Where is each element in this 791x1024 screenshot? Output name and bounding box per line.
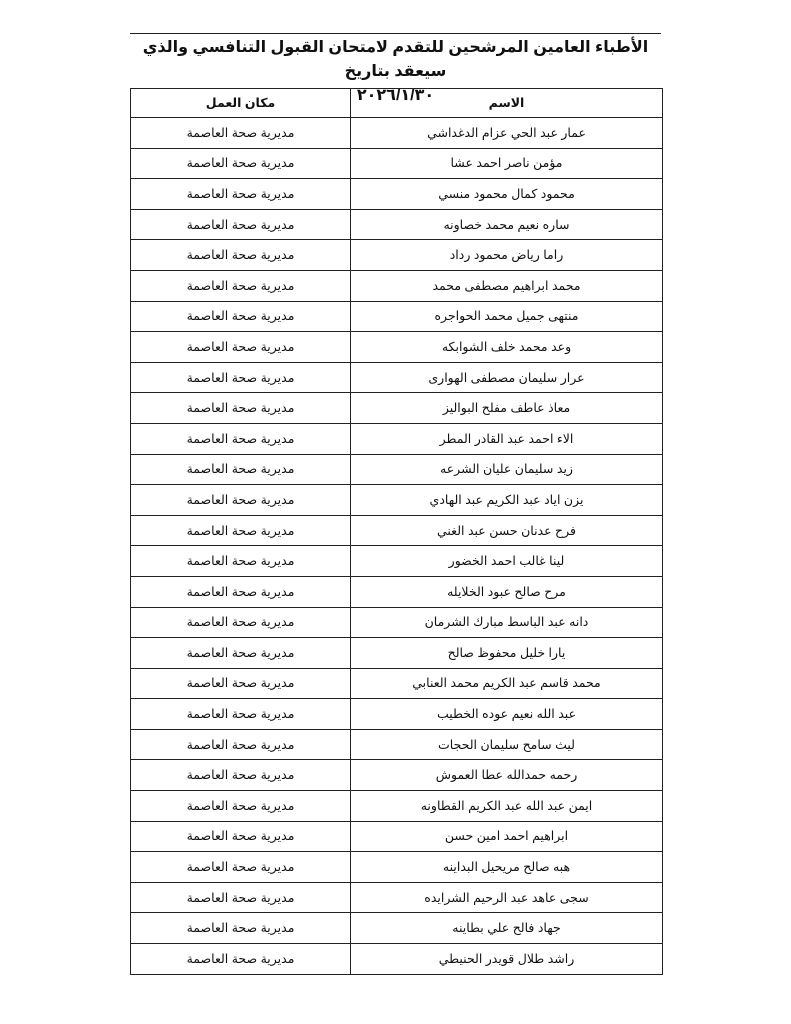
candidate-workplace: مديرية صحة العاصمة: [131, 668, 351, 699]
candidate-workplace: مديرية صحة العاصمة: [131, 576, 351, 607]
table-body: عمار عبد الحي عزام الدغداشيمديرية صحة ال…: [131, 118, 663, 975]
table-row: فرح عدنان حسن عبد الغنيمديرية صحة العاصم…: [131, 515, 663, 546]
candidate-workplace: مديرية صحة العاصمة: [131, 699, 351, 730]
candidate-workplace: مديرية صحة العاصمة: [131, 362, 351, 393]
candidate-name: عرار سليمان مصطفى الهوارى: [351, 362, 663, 393]
candidate-workplace: مديرية صحة العاصمة: [131, 332, 351, 363]
candidate-workplace: مديرية صحة العاصمة: [131, 148, 351, 179]
candidate-name: راما رياض محمود رداد: [351, 240, 663, 271]
candidate-workplace: مديرية صحة العاصمة: [131, 882, 351, 913]
candidate-workplace: مديرية صحة العاصمة: [131, 638, 351, 669]
candidate-workplace: مديرية صحة العاصمة: [131, 944, 351, 975]
candidate-workplace: مديرية صحة العاصمة: [131, 546, 351, 577]
candidate-workplace: مديرية صحة العاصمة: [131, 791, 351, 822]
candidate-workplace: مديرية صحة العاصمة: [131, 209, 351, 240]
candidate-workplace: مديرية صحة العاصمة: [131, 485, 351, 516]
table-row: ليث سامح سليمان الحجاتمديرية صحة العاصمة: [131, 729, 663, 760]
table-row: لينا غالب احمد الخضورمديرية صحة العاصمة: [131, 546, 663, 577]
table-row: يارا خليل محفوظ صالحمديرية صحة العاصمة: [131, 638, 663, 669]
table-row: مؤمن ناصر احمد عشامديرية صحة العاصمة: [131, 148, 663, 179]
candidate-name: هبه صالح مريحيل البداينه: [351, 852, 663, 883]
title-text: الأطباء العامين المرشحين للتقدم لامتحان …: [143, 39, 648, 80]
candidate-name: معاذ عاطف مفلح البواليز: [351, 393, 663, 424]
table-row: منتهى جميل محمد الحواجرهمديرية صحة العاص…: [131, 301, 663, 332]
candidate-name: مؤمن ناصر احمد عشا: [351, 148, 663, 179]
candidate-name: راشد طلال قويدر الحنيطي: [351, 944, 663, 975]
table-row: ايمن عبد الله عبد الكريم القطاونهمديرية …: [131, 791, 663, 822]
table-row: رحمه حمدالله عطا العموشمديرية صحة العاصم…: [131, 760, 663, 791]
table-row: ساره نعيم محمد خصاونهمديرية صحة العاصمة: [131, 209, 663, 240]
candidate-name: سجى عاهد عبد الرحيم الشرايده: [351, 882, 663, 913]
candidate-name: محمد قاسم عبد الكريم محمد العنابي: [351, 668, 663, 699]
table-row: مرح صالح عبود الخلايلهمديرية صحة العاصمة: [131, 576, 663, 607]
candidate-name: جهاد فالح علي بطاينه: [351, 913, 663, 944]
candidate-workplace: مديرية صحة العاصمة: [131, 423, 351, 454]
candidate-workplace: مديرية صحة العاصمة: [131, 729, 351, 760]
candidate-name: لينا غالب احمد الخضور: [351, 546, 663, 577]
table-row: هبه صالح مريحيل البداينهمديرية صحة العاص…: [131, 852, 663, 883]
candidate-name: مرح صالح عبود الخلايله: [351, 576, 663, 607]
header-workplace: مكان العمل: [131, 89, 351, 118]
table-row: عبد الله نعيم عوده الخطيبمديرية صحة العا…: [131, 699, 663, 730]
candidate-name: زيد سليمان عليان الشرعه: [351, 454, 663, 485]
candidate-workplace: مديرية صحة العاصمة: [131, 821, 351, 852]
candidate-workplace: مديرية صحة العاصمة: [131, 240, 351, 271]
candidate-workplace: مديرية صحة العاصمة: [131, 607, 351, 638]
table-row: الاء احمد عبد القادر المطرمديرية صحة الع…: [131, 423, 663, 454]
table-row: عرار سليمان مصطفى الهوارىمديرية صحة العا…: [131, 362, 663, 393]
header-name: الاسم: [351, 89, 663, 118]
candidate-name: دانه عبد الباسط مبارك الشرمان: [351, 607, 663, 638]
candidate-workplace: مديرية صحة العاصمة: [131, 852, 351, 883]
table-row: محمد قاسم عبد الكريم محمد العنابيمديرية …: [131, 668, 663, 699]
candidate-name: ابراهيم احمد امين حسن: [351, 821, 663, 852]
candidate-name: محمود كمال محمود منسي: [351, 179, 663, 210]
table-row: دانه عبد الباسط مبارك الشرمانمديرية صحة …: [131, 607, 663, 638]
candidate-name: رحمه حمدالله عطا العموش: [351, 760, 663, 791]
table-row: محمد ابراهيم مصطفى محمدمديرية صحة العاصم…: [131, 270, 663, 301]
candidate-name: الاء احمد عبد القادر المطر: [351, 423, 663, 454]
candidate-workplace: مديرية صحة العاصمة: [131, 118, 351, 149]
candidate-name: محمد ابراهيم مصطفى محمد: [351, 270, 663, 301]
candidate-name: يارا خليل محفوظ صالح: [351, 638, 663, 669]
top-rule: [130, 33, 661, 34]
candidate-name: وعد محمد خلف الشوابكه: [351, 332, 663, 363]
table-row: ابراهيم احمد امين حسنمديرية صحة العاصمة: [131, 821, 663, 852]
candidate-workplace: مديرية صحة العاصمة: [131, 270, 351, 301]
candidate-workplace: مديرية صحة العاصمة: [131, 454, 351, 485]
candidate-workplace: مديرية صحة العاصمة: [131, 913, 351, 944]
candidate-name: ايمن عبد الله عبد الكريم القطاونه: [351, 791, 663, 822]
candidate-name: ليث سامح سليمان الحجات: [351, 729, 663, 760]
candidate-workplace: مديرية صحة العاصمة: [131, 393, 351, 424]
table-row: معاذ عاطف مفلح البواليزمديرية صحة العاصم…: [131, 393, 663, 424]
table-row: سجى عاهد عبد الرحيم الشرايدهمديرية صحة ا…: [131, 882, 663, 913]
table-row: راما رياض محمود ردادمديرية صحة العاصمة: [131, 240, 663, 271]
candidate-name: فرح عدنان حسن عبد الغني: [351, 515, 663, 546]
table-row: يزن اياد عبد الكريم عبد الهاديمديرية صحة…: [131, 485, 663, 516]
table-row: محمود كمال محمود منسيمديرية صحة العاصمة: [131, 179, 663, 210]
candidates-table: الاسم مكان العمل عمار عبد الحي عزام الدغ…: [130, 88, 663, 975]
candidate-name: منتهى جميل محمد الحواجره: [351, 301, 663, 332]
candidate-name: عبد الله نعيم عوده الخطيب: [351, 699, 663, 730]
candidate-workplace: مديرية صحة العاصمة: [131, 179, 351, 210]
candidate-name: يزن اياد عبد الكريم عبد الهادي: [351, 485, 663, 516]
table-row: راشد طلال قويدر الحنيطيمديرية صحة العاصم…: [131, 944, 663, 975]
table-header-row: الاسم مكان العمل: [131, 89, 663, 118]
table-row: زيد سليمان عليان الشرعهمديرية صحة العاصم…: [131, 454, 663, 485]
candidate-name: ساره نعيم محمد خصاونه: [351, 209, 663, 240]
candidate-workplace: مديرية صحة العاصمة: [131, 515, 351, 546]
table-row: عمار عبد الحي عزام الدغداشيمديرية صحة ال…: [131, 118, 663, 149]
candidate-workplace: مديرية صحة العاصمة: [131, 760, 351, 791]
table-row: وعد محمد خلف الشوابكهمديرية صحة العاصمة: [131, 332, 663, 363]
candidate-workplace: مديرية صحة العاصمة: [131, 301, 351, 332]
table-row: جهاد فالح علي بطاينهمديرية صحة العاصمة: [131, 913, 663, 944]
candidate-name: عمار عبد الحي عزام الدغداشي: [351, 118, 663, 149]
